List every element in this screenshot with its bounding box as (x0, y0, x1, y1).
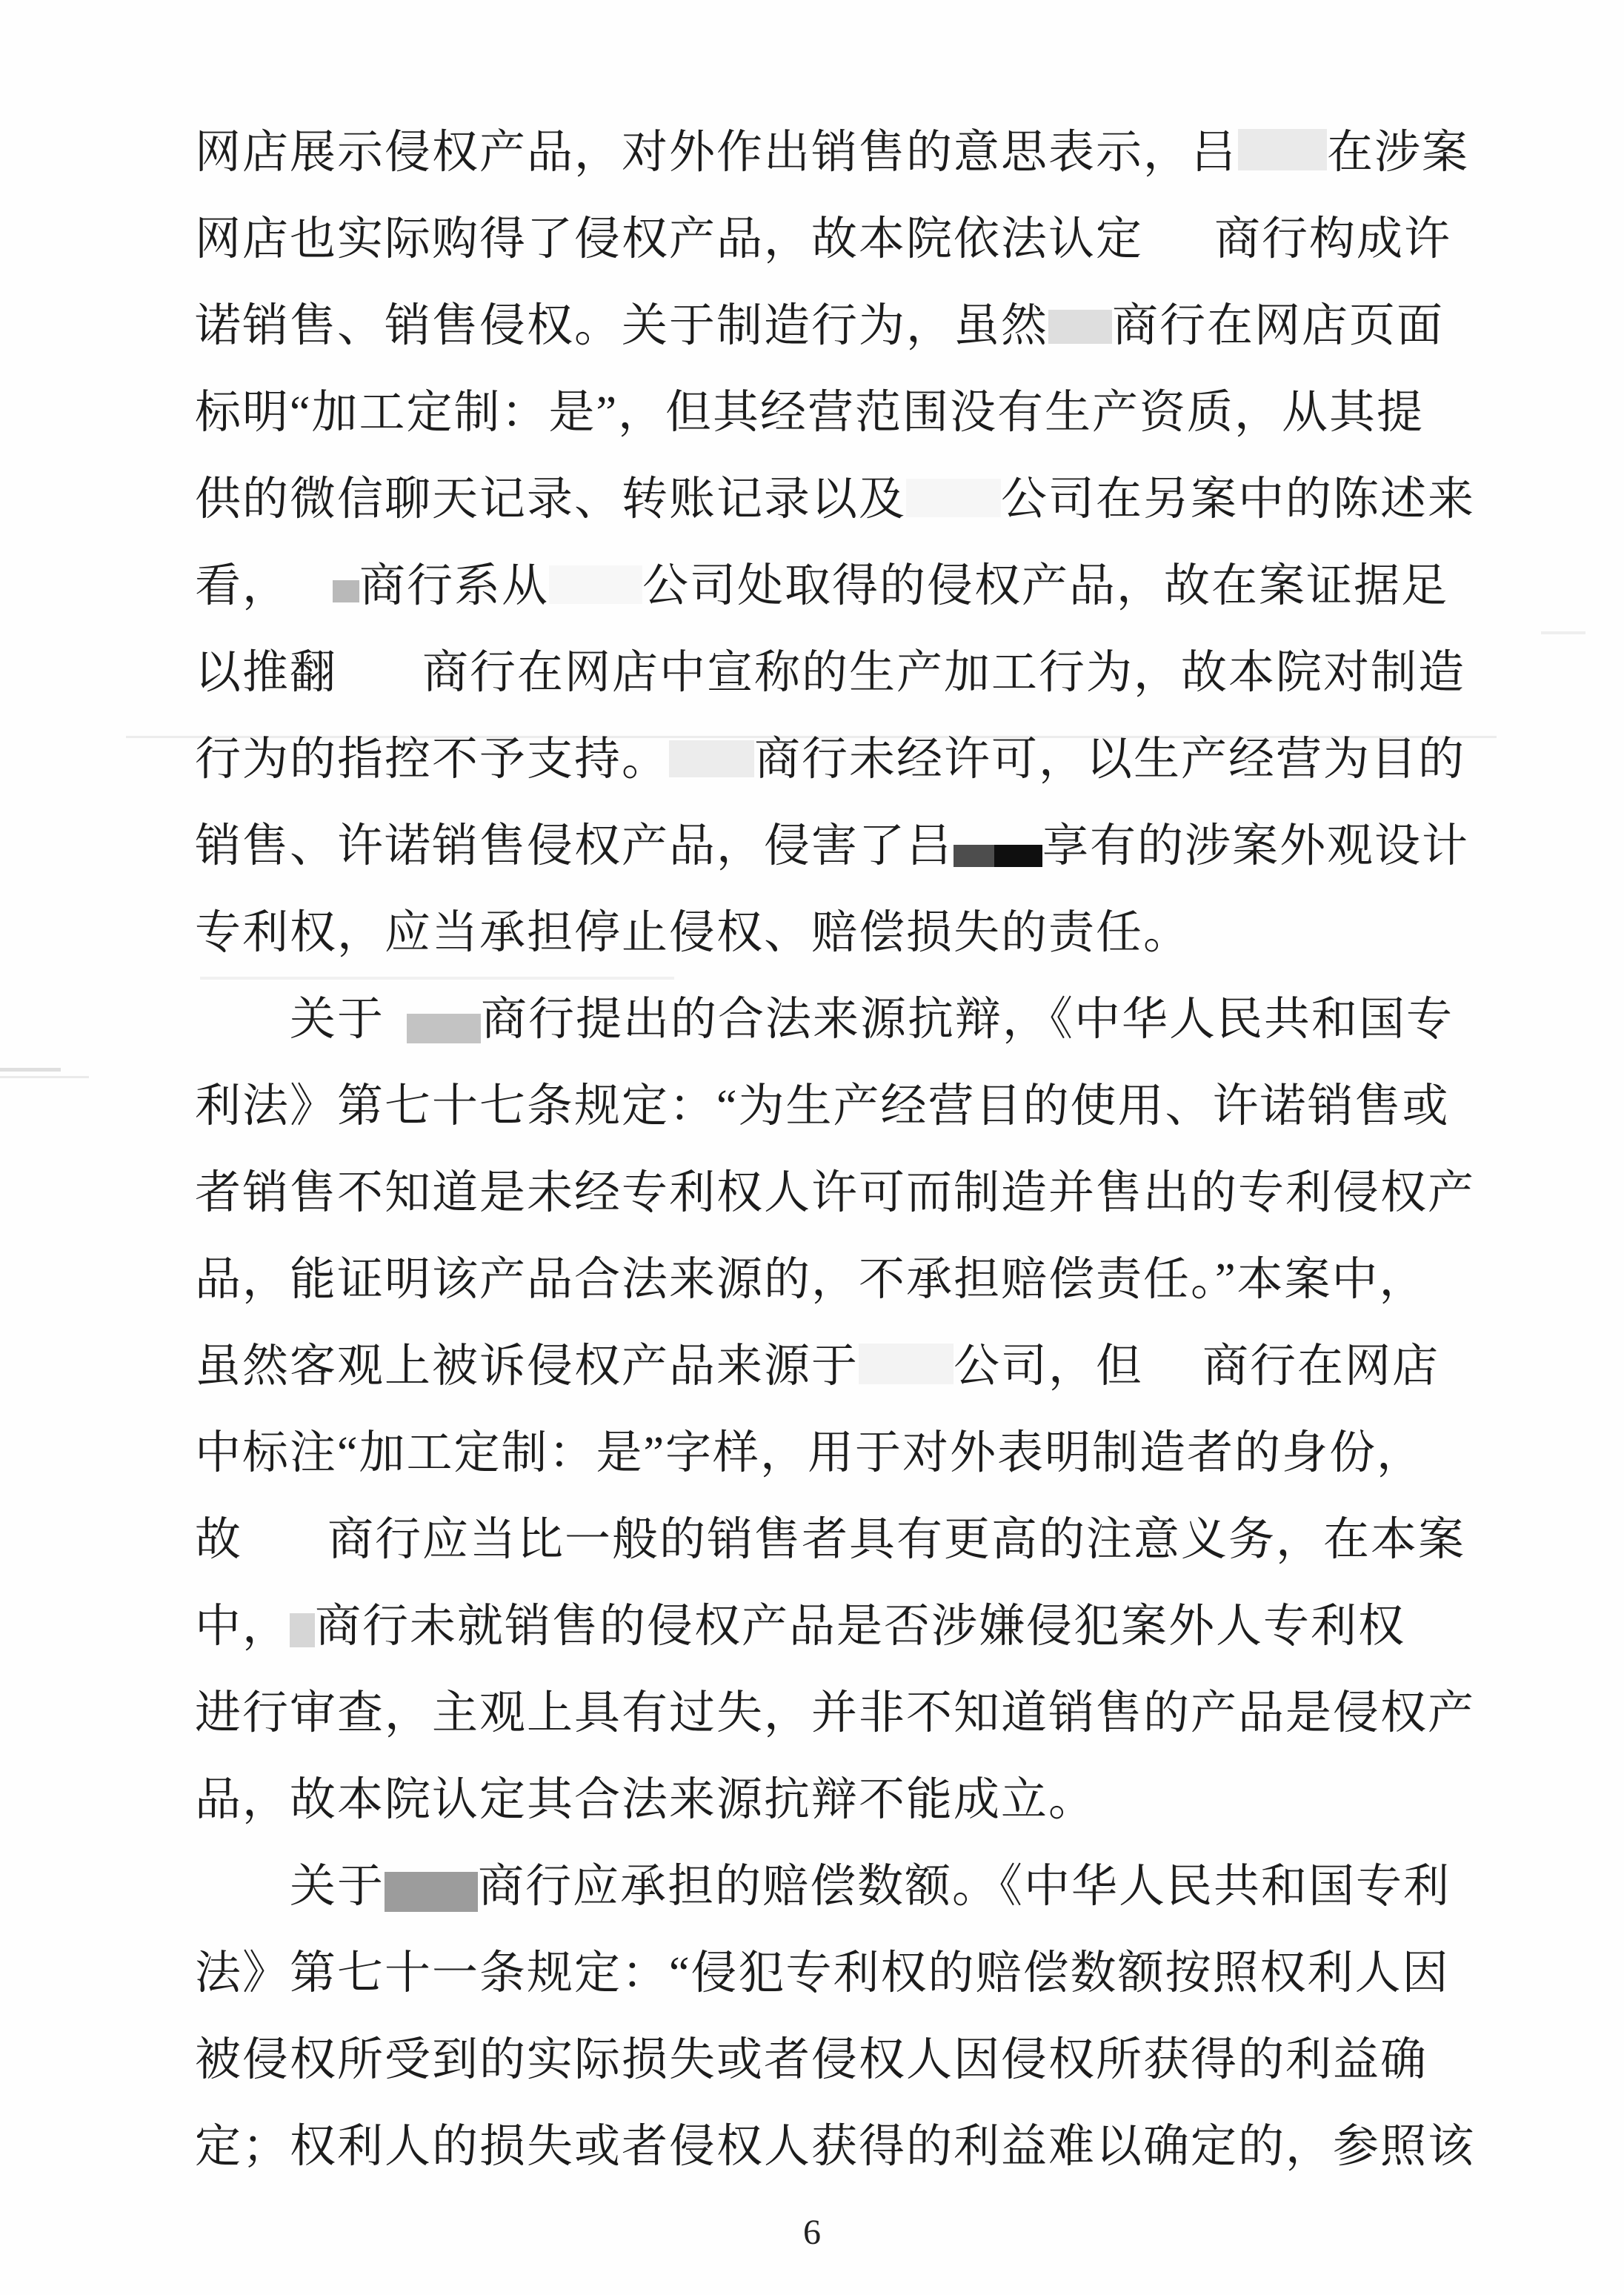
text-line: 看，商行系从公司处取得的侵权产品，故在案证据足 (195, 543, 1499, 630)
scan-artifact (0, 1076, 89, 1078)
text-line: 专利权，应当承担停止侵权、赔偿损失的责任。 (195, 890, 1499, 977)
text-line: 以推翻商行在网店中宣称的生产加工行为，故本院对制造 (195, 630, 1499, 717)
text-run: 商行在网店页面 (1112, 301, 1444, 351)
redaction-block (385, 1872, 478, 1912)
text-run: 行为的指控不予支持。 (195, 734, 669, 785)
redaction-gap (385, 1020, 407, 1028)
text-run: 关于 (290, 1861, 385, 1912)
text-block: 网店展示侵权产品，对外作出销售的意思表示，吕在涉案网店也实际购得了侵权产品，故本… (195, 110, 1499, 2191)
text-run: 定；权利人的损失或者侵权人获得的利益难以确定的，参照该 (195, 2122, 1475, 2172)
text-line: 行为的指控不予支持。商行未经许可，以生产经营为目的 (195, 717, 1499, 803)
text-line: 中标注“加工定制：是”字样，用于对外表明制造者的身份， (195, 1410, 1499, 1497)
page-number: 6 (0, 2212, 1624, 2253)
redaction-block (669, 740, 754, 777)
text-run: 商行系从 (359, 561, 549, 611)
text-run: 商行提出的合法来源抗辩，《中华人民共和国专 (481, 994, 1454, 1045)
redaction-block (407, 1014, 481, 1043)
text-run: 法》第七十一条规定：“侵犯专利权的赔偿数额按照权利人因 (195, 1948, 1450, 1999)
text-line: 品，能证明该产品合法来源的，不承担赔偿责任。”本案中， (195, 1237, 1499, 1323)
text-run: 进行审查，主观上具有过失，并非不知道销售的产品是侵权产 (195, 1688, 1475, 1738)
text-run: 公司在另案中的陈述来 (1001, 474, 1475, 525)
text-line: 者销售不知道是未经专利权人许可而制造并售出的专利侵权产 (195, 1150, 1499, 1237)
redaction-block (549, 565, 642, 604)
text-run: 商行未就销售的侵权产品是否涉嫌侵犯案外人专利权 (315, 1601, 1405, 1652)
text-run: 商行构成许 (1214, 214, 1451, 265)
redaction-gap (290, 587, 333, 594)
redaction-gap (1143, 240, 1214, 248)
text-run: 享有的涉案外观设计 (1042, 821, 1469, 871)
text-run: 公司处取得的侵权产品，故在案证据足 (642, 561, 1448, 611)
text-line: 销售、许诺销售侵权产品，侵害了吕享有的涉案外观设计 (195, 803, 1499, 890)
text-line: 标明“加工定制：是”，但其经营范围没有生产资质，从其提 (195, 370, 1499, 456)
text-line: 诺销售、销售侵权。关于制造行为，虽然商行在网店页面 (195, 283, 1499, 370)
text-run: 供的微信聊天记录、转账记录以及 (195, 474, 906, 525)
text-line: 利法》第七十七条规定：“为生产经营目的使用、许诺销售或 (195, 1063, 1499, 1150)
text-run: 者销售不知道是未经专利权人许可而制造并售出的专利侵权产 (195, 1168, 1475, 1218)
redaction-block (333, 580, 359, 602)
scan-artifact (0, 1068, 61, 1072)
page: 网店展示侵权产品，对外作出销售的意思表示，吕在涉案网店也实际购得了侵权产品，故本… (0, 0, 1624, 2295)
text-run: 专利权，应当承担停止侵权、赔偿损失的责任。 (195, 908, 1191, 958)
text-run: 关于 (290, 994, 385, 1045)
redaction-gap (1143, 1367, 1202, 1375)
text-run: 商行在网店 (1202, 1341, 1440, 1392)
text-run: 中标注“加工定制：是”字样，用于对外表明制造者的身份， (195, 1428, 1424, 1478)
text-line: 被侵权所受到的实际损失或者侵权人因侵权所获得的利益确 (195, 2017, 1499, 2104)
text-run: 网店也实际购得了侵权产品，故本院依法认定 (195, 214, 1143, 265)
text-line: 虽然客观上被诉侵权产品来源于公司，但商行在网店 (195, 1323, 1499, 1410)
text-line: 网店展示侵权产品，对外作出销售的意思表示，吕在涉案 (195, 110, 1499, 196)
text-line: 关于商行应承担的赔偿数额。《中华人民共和国专利 (195, 1844, 1499, 1930)
text-line: 定；权利人的损失或者侵权人获得的利益难以确定的，参照该 (195, 2104, 1499, 2191)
scan-artifact (1541, 631, 1585, 634)
text-run: 商行未经许可，以生产经营为目的 (754, 734, 1465, 785)
redaction-gap (337, 674, 422, 681)
text-run: 商行在网店中宣称的生产加工行为，故本院对制造 (422, 648, 1465, 698)
text-line: 网店也实际购得了侵权产品，故本院依法认定商行构成许 (195, 196, 1499, 283)
redaction-block (906, 479, 1001, 517)
text-run: 以推翻 (195, 648, 337, 698)
text-run: 看， (195, 561, 290, 611)
text-run: 故 (195, 1515, 242, 1565)
text-line: 供的微信聊天记录、转账记录以及公司在另案中的陈述来 (195, 456, 1499, 543)
text-run: 商行应当比一般的销售者具有更高的注意义务，在本案 (327, 1515, 1465, 1565)
text-line: 进行审查，主观上具有过失，并非不知道销售的产品是侵权产 (195, 1670, 1499, 1757)
text-run: 公司，但 (954, 1341, 1143, 1392)
text-run: 标明“加工定制：是”，但其经营范围没有生产资质，从其提 (195, 388, 1424, 438)
redaction-block (1048, 310, 1112, 344)
redaction-block (290, 1613, 315, 1647)
text-line: 中，商行未就销售的侵权产品是否涉嫌侵犯案外人专利权 (195, 1584, 1499, 1670)
text-run: 被侵权所受到的实际损失或者侵权人因侵权所获得的利益确 (195, 2035, 1428, 2085)
text-run: 销售、许诺销售侵权产品，侵害了吕 (195, 821, 954, 871)
redaction-block (954, 845, 1042, 867)
text-line: 故商行应当比一般的销售者具有更高的注意义务，在本案 (195, 1497, 1499, 1584)
redaction-block (859, 1344, 954, 1384)
text-line: 品，故本院认定其合法来源抗辩不能成立。 (195, 1757, 1499, 1844)
text-line: 关于商行提出的合法来源抗辩，《中华人民共和国专 (195, 977, 1499, 1063)
text-run: 商行应承担的赔偿数额。《中华人民共和国专利 (478, 1861, 1451, 1912)
text-run: 利法》第七十七条规定：“为生产经营目的使用、许诺销售或 (195, 1081, 1450, 1132)
text-run: 网店展示侵权产品，对外作出销售的意思表示，吕 (195, 127, 1238, 178)
text-run: 在涉案 (1327, 127, 1469, 178)
text-run: 诺销售、销售侵权。关于制造行为，虽然 (195, 301, 1048, 351)
text-run: 品，故本院认定其合法来源抗辩不能成立。 (195, 1775, 1096, 1825)
redaction-gap (242, 1541, 327, 1548)
redaction-block (1238, 129, 1327, 170)
text-run: 虽然客观上被诉侵权产品来源于 (195, 1341, 859, 1392)
text-line: 法》第七十一条规定：“侵犯专利权的赔偿数额按照权利人因 (195, 1930, 1499, 2017)
text-run: 品，能证明该产品合法来源的，不承担赔偿责任。”本案中， (195, 1255, 1427, 1305)
text-run: 中， (195, 1601, 290, 1652)
